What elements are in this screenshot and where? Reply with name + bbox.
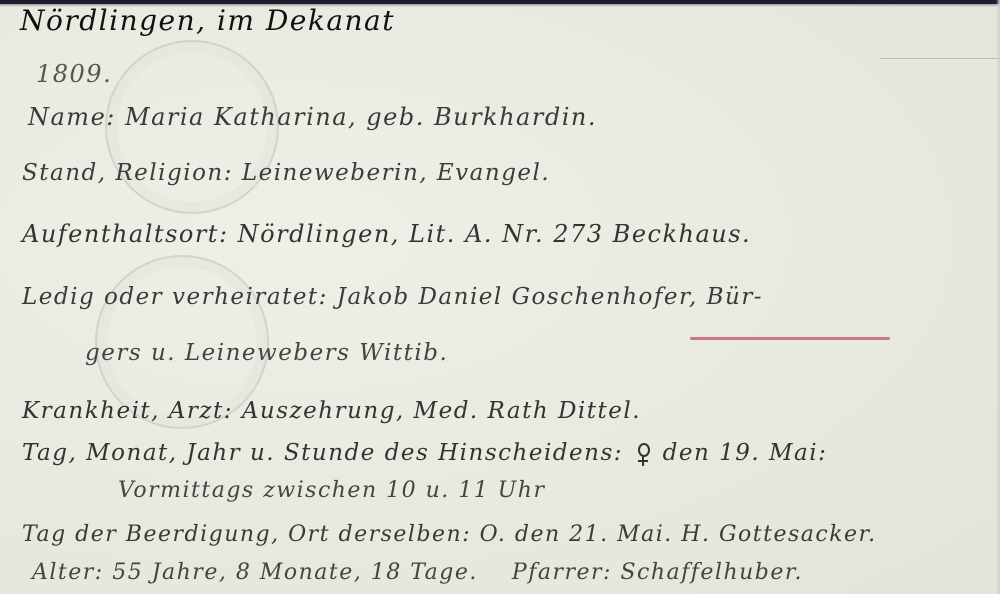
name-value: Maria Katharina, geb. Burkhardin.: [125, 103, 597, 131]
year: 1809.: [36, 60, 112, 88]
stand-religion-value: Leineweberin, Evangel.: [242, 160, 550, 186]
sterbedatum-label: Tag, Monat, Jahr u. Stunde des Hinscheid…: [22, 440, 623, 466]
name-label: Name:: [28, 103, 116, 131]
index-card: Nördlingen, im Dekanat 1809. Name: Maria…: [0, 0, 1000, 594]
red-pencil-underline: [690, 337, 890, 340]
right-edge: [996, 0, 1000, 594]
familienstand-value: Jakob Daniel Goschenhofer, Bür-: [337, 284, 763, 310]
sterbedatum-line: Tag, Monat, Jahr u. Stunde des Hinscheid…: [22, 440, 827, 466]
year-text: 1809.: [36, 60, 112, 88]
krankheit-arzt-value: Auszehrung, Med. Rath Dittel.: [242, 398, 641, 424]
pfarrer-label: Pfarrer:: [512, 560, 612, 585]
sterbedatum-time: Vormittags zwischen 10 u. 11 Uhr: [118, 478, 545, 503]
stand-religion-label: Stand, Religion:: [22, 160, 233, 186]
alter-label: Alter:: [32, 560, 104, 585]
place-heading-text: Nördlingen, im Dekanat: [20, 4, 395, 37]
beerdigung-value: O. den 21. Mai. H. Gottesacker.: [480, 522, 877, 547]
familienstand-value-continued: gers u. Leinewebers Wittib.: [85, 340, 448, 366]
sterbedatum-line-continued: Vormittags zwischen 10 u. 11 Uhr: [118, 478, 545, 503]
aufenthaltsort-line: Aufenthaltsort: Nördlingen, Lit. A. Nr. …: [22, 220, 751, 248]
aufenthaltsort-label: Aufenthaltsort:: [22, 220, 229, 248]
krankheit-arzt-label: Krankheit, Arzt:: [22, 398, 233, 424]
pfarrer-value: Schaffelhuber.: [620, 560, 803, 585]
familienstand-line: Ledig oder verheiratet: Jakob Daniel Gos…: [22, 284, 763, 310]
familienstand-line-continued: gers u. Leinewebers Wittib.: [85, 340, 448, 366]
krankheit-arzt-line: Krankheit, Arzt: Auszehrung, Med. Rath D…: [22, 398, 641, 424]
stand-religion-line: Stand, Religion: Leineweberin, Evangel.: [22, 160, 550, 186]
alter-value: 55 Jahre, 8 Monate, 18 Tage.: [112, 560, 478, 585]
beerdigung-line: Tag der Beerdigung, Ort derselben: O. de…: [22, 522, 877, 547]
familienstand-label: Ledig oder verheiratet:: [22, 284, 328, 310]
alter-pfarrer-line: Alter: 55 Jahre, 8 Monate, 18 Tage. Pfar…: [32, 560, 803, 585]
death-symbol-icon: [636, 443, 650, 465]
aufenthaltsort-value: Nördlingen, Lit. A. Nr. 273 Beckhaus.: [238, 220, 752, 248]
place-heading: Nördlingen, im Dekanat: [20, 4, 395, 37]
fold-line: [880, 58, 1000, 59]
sterbedatum-value: den 19. Mai:: [663, 440, 828, 466]
name-line: Name: Maria Katharina, geb. Burkhardin.: [28, 103, 597, 131]
beerdigung-label: Tag der Beerdigung, Ort derselben:: [22, 522, 471, 547]
